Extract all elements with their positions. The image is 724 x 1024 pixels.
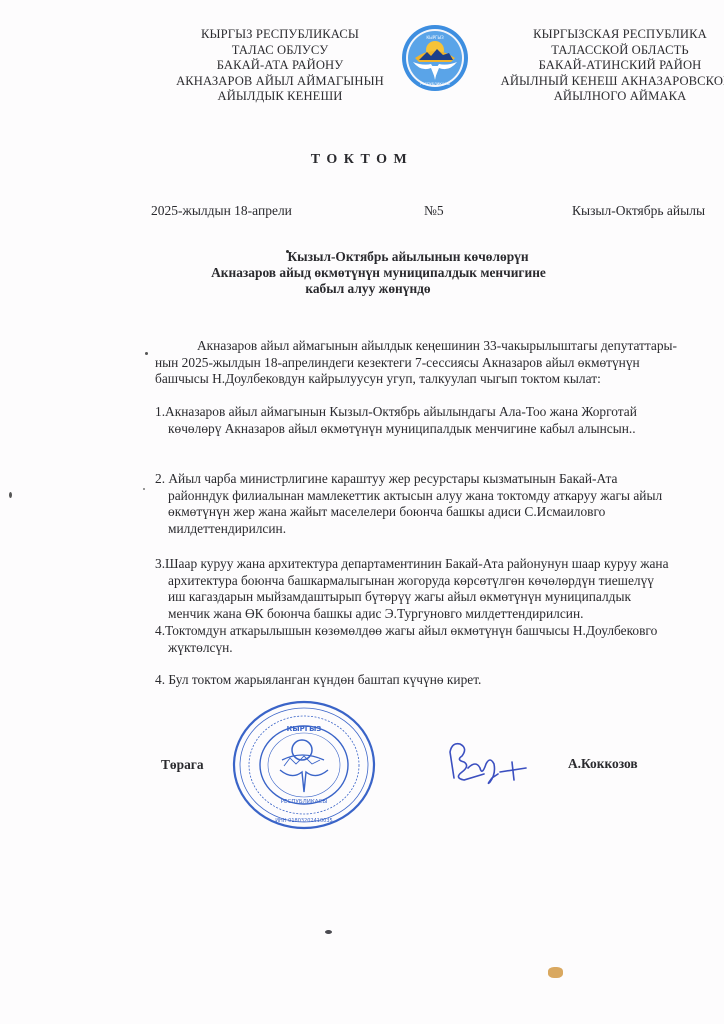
header-left-line: КЫРГЫЗ РЕСПУБЛИКАСЫ	[140, 27, 420, 43]
item-line: менчик жана ӨК боюнча башкы адис Э.Тургу…	[155, 606, 669, 623]
item-line: өкмөтүнүн жер жана жайыт маселелери боюн…	[155, 504, 662, 521]
svg-text:РЕСПУБЛИКАСЫ: РЕСПУБЛИКАСЫ	[281, 799, 328, 805]
resolution-item-4: 4.Токтомдун аткарылышын көзөмөлдөө жагы …	[155, 623, 657, 656]
header-right-line: КЫРГЫЗСКАЯ РЕСПУБЛИКА	[480, 27, 724, 43]
item-line: 3.Шаар куруу жана архитектура департамен…	[155, 556, 669, 573]
resolution-item-5: 4. Бул токтом жарыяланган күндөн баштап …	[155, 672, 481, 689]
header-left-line: АЙЫЛДЫК КЕНЕШИ	[140, 89, 420, 105]
svg-text:КЫРГЫЗ: КЫРГЫЗ	[287, 725, 322, 733]
header-right-russian: КЫРГЫЗСКАЯ РЕСПУБЛИКА ТАЛАССКОЙ ОБЛАСТЬ …	[480, 27, 724, 105]
item-line: архитектура боюнча башкармалыгынан жогор…	[155, 573, 669, 590]
item-line: 4.Токтомдун аткарылышын көзөмөлдөө жагы …	[155, 623, 657, 640]
scan-speck	[548, 967, 563, 978]
header-left-line: БАКАЙ-АТА РАЙОНУ	[140, 58, 420, 74]
svg-text:КЫРГЫЗ: КЫРГЫЗ	[426, 35, 444, 40]
resolution-item-3: 3.Шаар куруу жана архитектура департамен…	[155, 556, 669, 623]
document-place: Кызыл-Октябрь айылы	[572, 203, 705, 219]
document-title: ТОКТОМ	[0, 152, 724, 168]
kyrgyz-state-emblem-icon: КЫРГЫЗ РЕСПУБЛИКАСЫ	[401, 24, 469, 92]
item-line: 4. Бул токтом жарыяланган күндөн баштап …	[155, 672, 481, 689]
handwritten-signature-icon	[440, 738, 540, 790]
scan-speck	[286, 250, 289, 253]
header-right-line: БАКАЙ-АТИНСКИЙ РАЙОН	[480, 58, 724, 74]
item-line: иш кагаздарын мыйзамдаштырып бүтөрүү жаг…	[155, 589, 669, 606]
signatory-name: А.Коккозов	[568, 756, 638, 772]
document-page: КЫРГЫЗ РЕСПУБЛИКАСЫ ТАЛАС ОБЛУСУ БАКАЙ-А…	[0, 0, 724, 1024]
svg-text:РЕСПУБЛИКАСЫ: РЕСПУБЛИКАСЫ	[420, 82, 450, 86]
header-left-kyrgyz: КЫРГЫЗ РЕСПУБЛИКАСЫ ТАЛАС ОБЛУСУ БАКАЙ-А…	[140, 27, 420, 105]
document-number: №5	[424, 203, 444, 219]
header-left-line: АКНАЗАРОВ АЙЫЛ АЙМАГЫНЫН	[140, 74, 420, 90]
scan-speck	[143, 488, 145, 490]
document-subject: Кызыл-Октябрь айылынын көчөлөрүн Акназар…	[0, 249, 724, 296]
header-right-line: АЙЫЛНЫЙ КЕНЕШ АКНАЗАРОВСКОГО	[480, 74, 724, 90]
item-line: районндук филиалынан мамлекеттик актысын…	[155, 488, 662, 505]
scan-speck	[9, 492, 12, 498]
preamble-line: башчысы Н.Доулбековдун кайрылуусун угуп,…	[155, 371, 677, 388]
item-line: 1.Акназаров айыл аймагынын Кызыл-Октябрь…	[155, 404, 637, 421]
resolution-item-2: 2. Айыл чарба министрлигине караштуу жер…	[155, 471, 662, 538]
subject-line: Акназаров айыд өкмөтүнүн муниципалдык ме…	[0, 265, 724, 281]
preamble: Акназаров айыл аймагынын айылдык кеңешин…	[155, 338, 677, 388]
header-right-line: ТАЛАССКОЙ ОБЛАСТЬ	[480, 43, 724, 59]
item-line: жүктөлсүн.	[155, 640, 657, 657]
resolution-item-1: 1.Акназаров айыл аймагынын Кызыл-Октябрь…	[155, 404, 637, 437]
subject-line: Кызыл-Октябрь айылынын көчөлөрүн	[0, 249, 724, 265]
item-line: 2. Айыл чарба министрлигине караштуу жер…	[155, 471, 662, 488]
scan-speck	[145, 352, 148, 355]
item-line: көчөлөрү Акназаров айыл өкмөтүнүн муници…	[155, 421, 637, 438]
header-left-line: ТАЛАС ОБЛУСУ	[140, 43, 420, 59]
official-round-stamp-icon: КЫРГЫЗ РЕСПУБЛИКАСЫ ИНН 01803202410035	[232, 700, 376, 830]
item-line: милдеттендирилсин.	[155, 521, 662, 538]
preamble-line: нын 2025-жылдын 18-апрелиндеги кезектеги…	[155, 355, 677, 372]
subject-line: кабыл алуу жөнүндө	[0, 281, 724, 297]
document-date: 2025-жылдын 18-апрели	[151, 203, 292, 219]
scan-speck	[325, 930, 332, 934]
signatory-role: Төрага	[161, 757, 204, 773]
svg-text:ИНН 01803202410035: ИНН 01803202410035	[275, 818, 332, 824]
header-right-line: АЙЫЛНОГО АЙМАКА	[480, 89, 724, 105]
preamble-line: Акназаров айыл аймагынын айылдык кеңешин…	[155, 338, 677, 355]
